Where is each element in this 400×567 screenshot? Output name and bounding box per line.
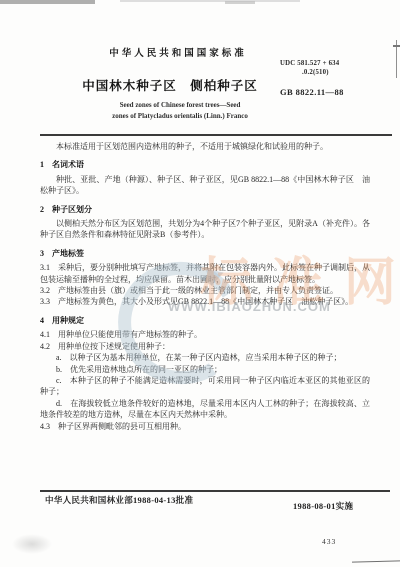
footer-divider-rule <box>40 490 390 492</box>
paragraph: 3.3 产地标签为黄色，其大小及形式见GB 8822.1—88《中国林木种子区 … <box>40 296 370 307</box>
udc-line1: UDC 581.527 + 634 <box>280 60 395 69</box>
implementation-date: 1988-08-01实施 <box>293 500 353 512</box>
paragraph: 本标准适用于区划范围内造林用的种子，不适用于城镇绿化和试验用的种子。 <box>40 141 370 152</box>
english-subtitle-line1: Seed zones of Chinese forest trees—Seed <box>20 100 340 111</box>
udc-classification: UDC 581.527 + 634 .0.2(510) <box>280 60 395 77</box>
paragraph: b. 优先采用造林地点所在的同一亚区的种子； <box>40 364 370 375</box>
document-body: 本标准适用于区划范围内造林用的种子，不适用于城镇绿化和试验用的种子。1 名词术语… <box>40 141 370 432</box>
page-number: 433 <box>322 537 336 546</box>
paragraph: 4.2 用种单位按下述规定使用种子： <box>40 341 370 352</box>
paragraph: a. 以种子区为基本用种单位，在某一种子区内造林，应当采用本种子区的种子； <box>40 352 370 363</box>
section-heading: 1 名词术语 <box>40 159 370 170</box>
standard-code: GB 8822.11—88 <box>280 87 344 97</box>
paragraph: 4.3 种子区界两侧毗邻的县可互相用种。 <box>40 421 370 432</box>
paragraph: 3.1 采种后，要分别种批填写产地标签，并将其附在包装容器内外。此标签在种子调制… <box>40 262 370 285</box>
paragraph: 以侧柏天然分布区为区划范围，共划分为4个种子区7个种子亚区，见附录A（补充件）。… <box>40 218 370 241</box>
english-subtitle-line2: zones of Platycladus orientalis (Linn.) … <box>20 111 340 122</box>
paragraph: c. 本种子区的种子不能满足造林需要时，可采用同一种子区内临近本亚区的其他亚区的… <box>40 375 370 398</box>
paragraph: 3.2 产地标签由县（旗）或相当于此一级的林业主管部门制定，并由专人负责签证。 <box>40 285 370 296</box>
paragraph: 种批、亚批、产地（种源）、种子区、种子亚区，见GB 8822.1—88《中国林木… <box>40 174 370 197</box>
section-heading: 3 产地标签 <box>40 248 370 259</box>
scan-smudge-bottom-left <box>12 534 52 554</box>
scan-line-bottom-right <box>352 560 400 562</box>
english-subtitle: Seed zones of Chinese forest trees—Seed … <box>20 100 340 122</box>
section-heading: 4 用种规定 <box>40 315 370 326</box>
header-divider-rule <box>40 134 392 136</box>
scan-edge-smudge-top-left <box>0 0 95 4</box>
scan-edge-smudge-top-mid <box>120 0 300 2</box>
national-standard-label: 中华人民共和国国家标准 <box>0 45 356 59</box>
paragraph: 4.1 用种单位只能使用带有产地标签的种子。 <box>40 329 370 340</box>
scan-edge-smudge-top-mid2 <box>225 1 255 4</box>
section-heading: 2 种子区划分 <box>40 204 370 215</box>
paragraph: d. 在海拔较低立地条件较好的造林地，尽量采用本区内人工林的种子；在海拔较高、立… <box>40 398 370 421</box>
scan-dash-right-edge <box>393 45 400 47</box>
approval-note: 中华人民共和国林业部1988-04-13批准 <box>45 494 193 506</box>
scanned-standard-page: { "header": { "national_standard_label":… <box>0 0 400 567</box>
